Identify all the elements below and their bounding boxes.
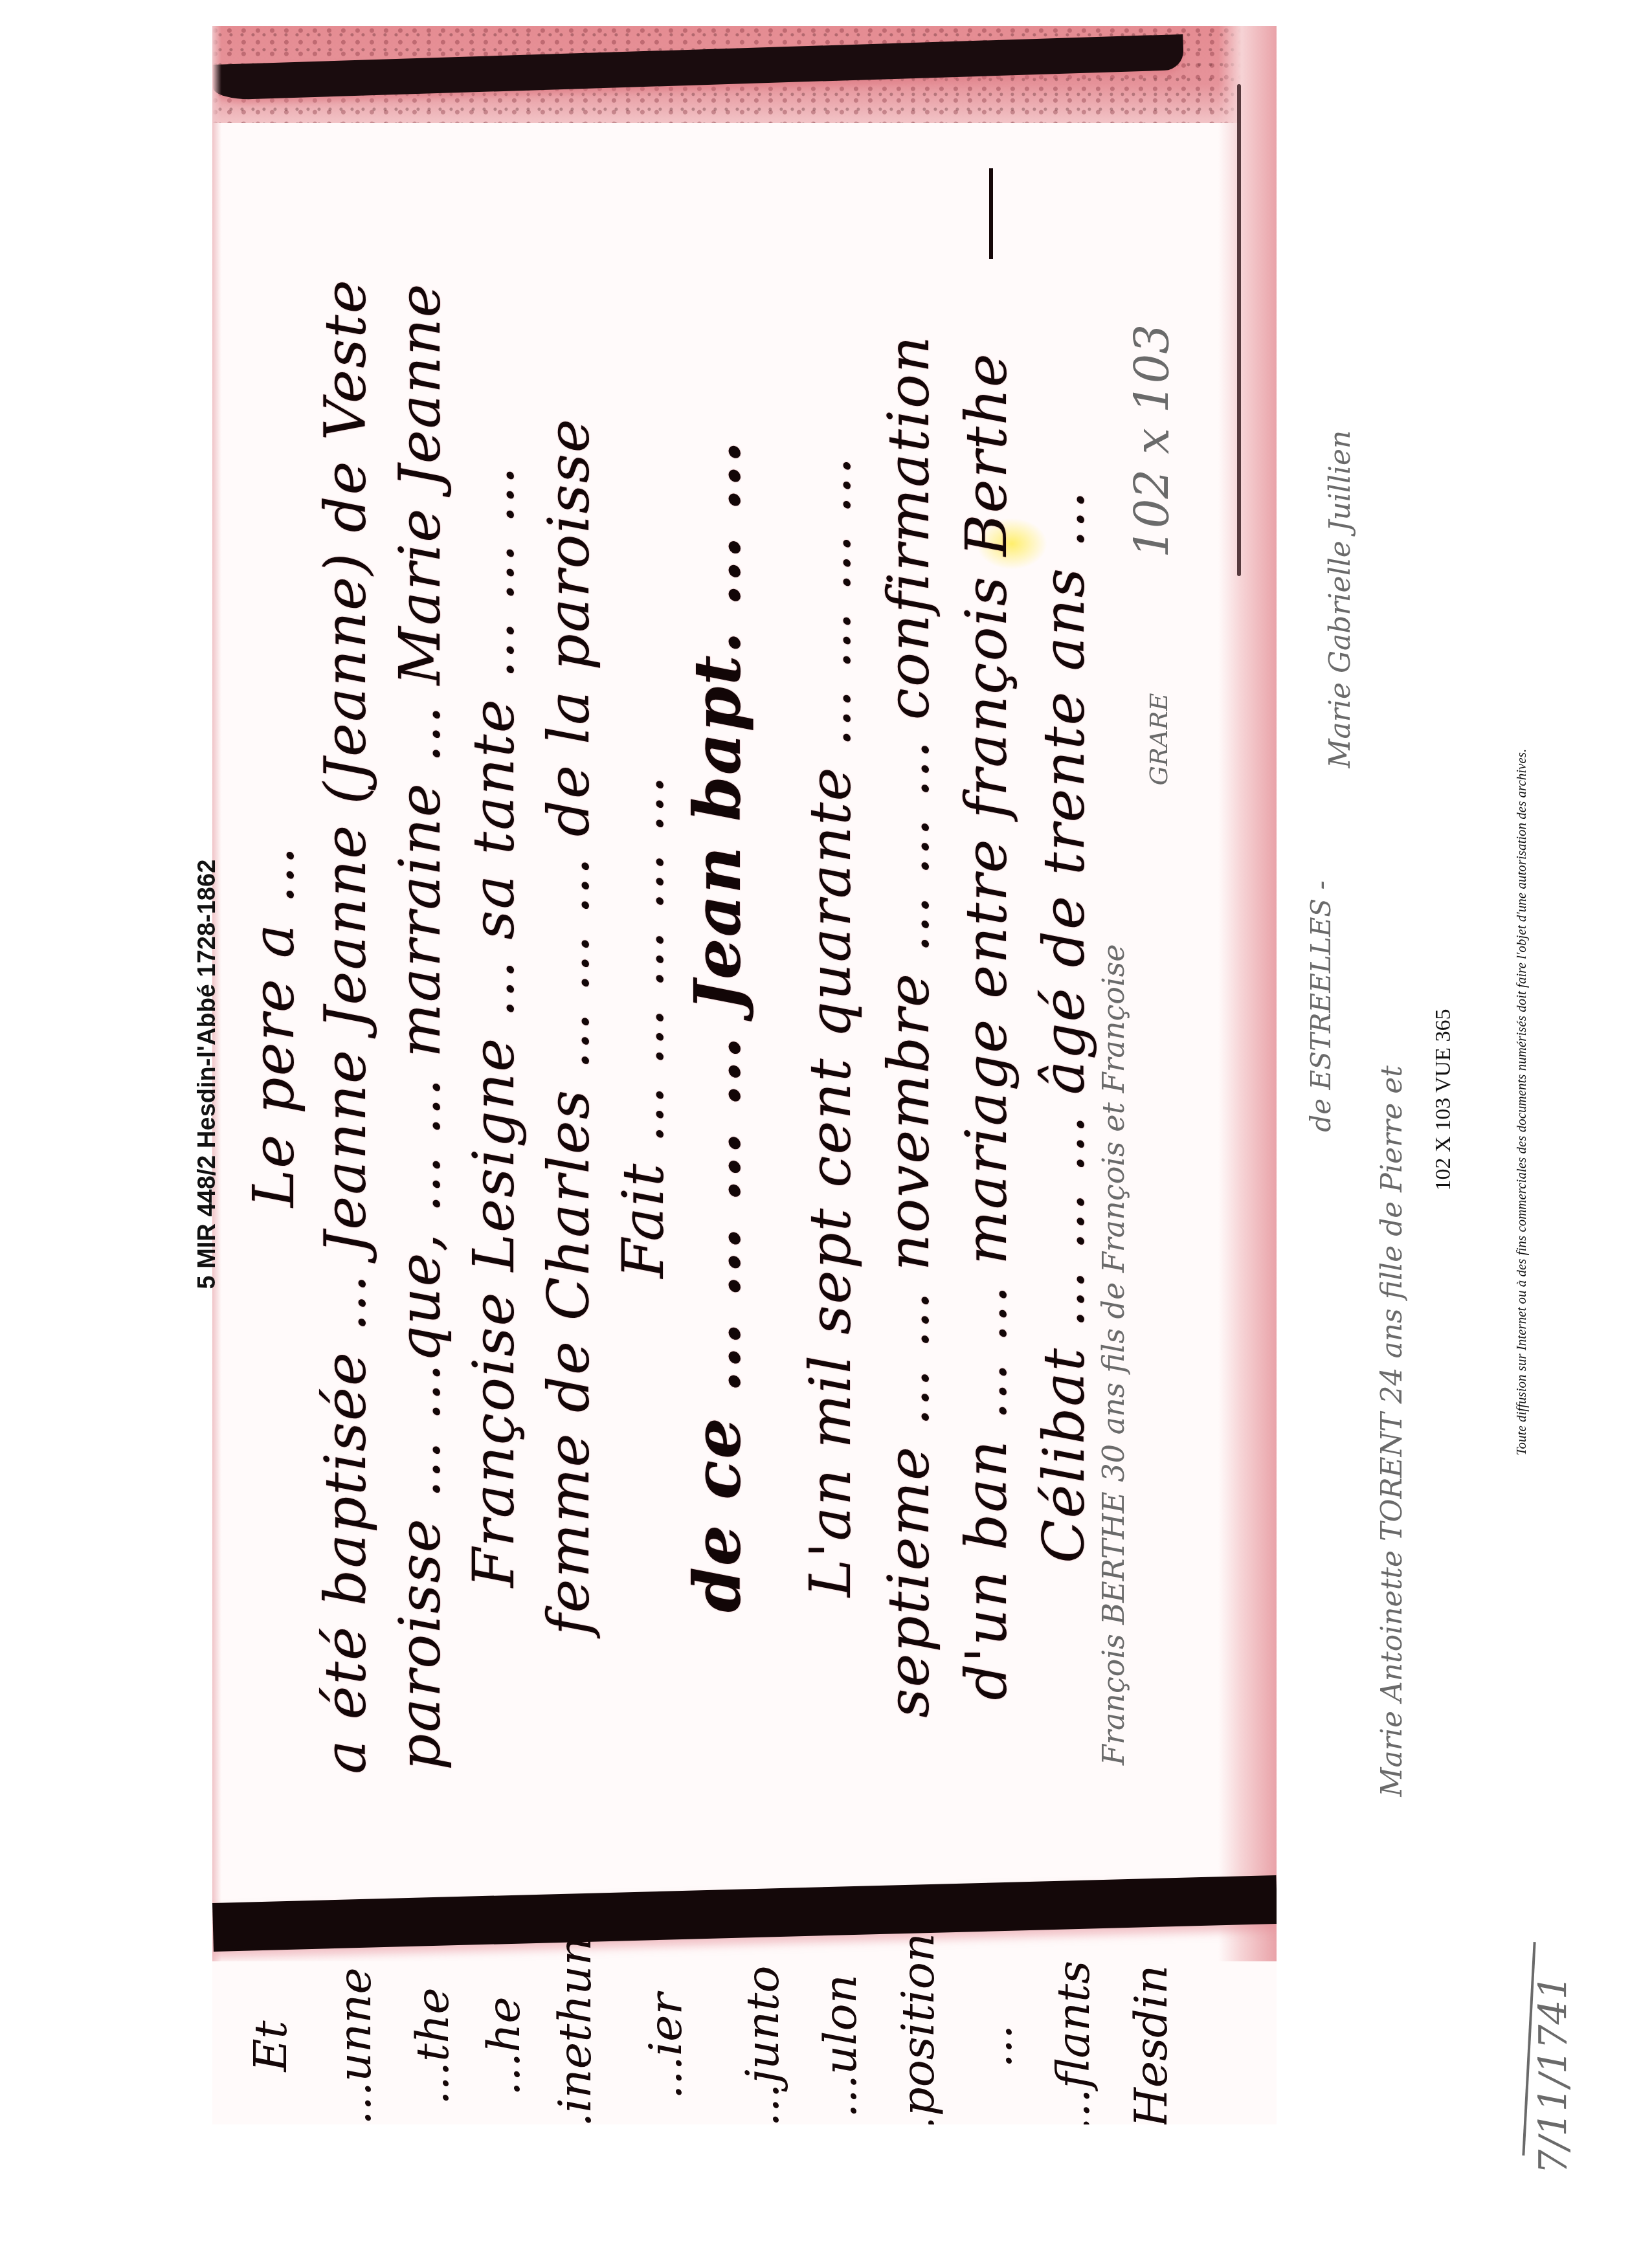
pencil-note-mother-name: Marie Gabrielle Juillien: [1324, 373, 1357, 826]
view-reference: 102 X 103 VUE 365: [1431, 970, 1456, 1229]
margin-fragment: ...position: [886, 1968, 950, 2124]
margin-fragment: ...unne: [322, 1968, 387, 2124]
margin-fragment: ...the: [400, 1968, 465, 2124]
handwritten-line: septieme ... ... novembre ... ... ... co…: [873, 168, 944, 1884]
underline-mark: [989, 168, 993, 259]
handwritten-line: Françoise Lesigne ... sa tante ... ... .…: [458, 168, 530, 1884]
margin-fragment: ...flants: [1041, 1968, 1106, 2124]
margin-fragment: ...junto: [730, 1968, 795, 2124]
handwritten-line: de ce ... ... ... ... Jean bapt. ... ...: [682, 168, 753, 1884]
handwritten-line: d'un ban ... ... mariage entre françois …: [950, 168, 1021, 1884]
page-number-note: 102 x 103: [1125, 351, 1179, 558]
handwritten-line: L'an mil sept cent quarante ... ... ... …: [795, 168, 866, 1884]
pencil-note-bride: Marie Antoinette TORENT 24 ans fille de …: [1376, 1085, 1409, 1797]
handwritten-line: femme de Charles ... ... ... de la paroi…: [533, 168, 604, 1884]
margin-text: Et ...unne ...the ...he ...inethun ...ie…: [212, 1968, 1277, 2124]
handwritten-line: Fait ... ... ... ... ...: [607, 168, 678, 1884]
pencil-note-groom: François BERTHE 30 ans fils de François …: [1096, 1183, 1131, 1765]
copyright-notice: Toute diffusion sur Internet ou à des fi…: [1513, 617, 1530, 1588]
handwritten-line: a été baptisée ... Jeanne Jeanne (Jeanne…: [309, 168, 381, 1884]
margin-fragment: ...he: [471, 1968, 536, 2124]
handwritten-line: Célibat ... ... ... âgé de trente ans ..…: [1028, 168, 1099, 1884]
handwritten-line: paroisse ... ...que, ... ... marraine ..…: [384, 168, 455, 1884]
margin-fragment: ...ier: [633, 1968, 698, 2124]
margin-fragment: Hesdin: [1119, 1968, 1183, 2124]
handwritten-line: Le pere a ...: [238, 168, 309, 1884]
date-note: 7/11/1741: [1531, 1939, 1576, 2211]
margin-fragment: ...: [963, 1968, 1028, 2124]
document-title: 5 MIR 448/2 Hesdin-l'Abbé 1728-1862: [194, 901, 221, 1289]
margin-fragment: Et: [238, 1968, 303, 2124]
margin-fragment: ...inethun: [542, 1968, 607, 2124]
pencil-note-mother-surname: GRARE: [1144, 610, 1173, 869]
margin-fragment: ...ulon: [808, 1968, 873, 2124]
